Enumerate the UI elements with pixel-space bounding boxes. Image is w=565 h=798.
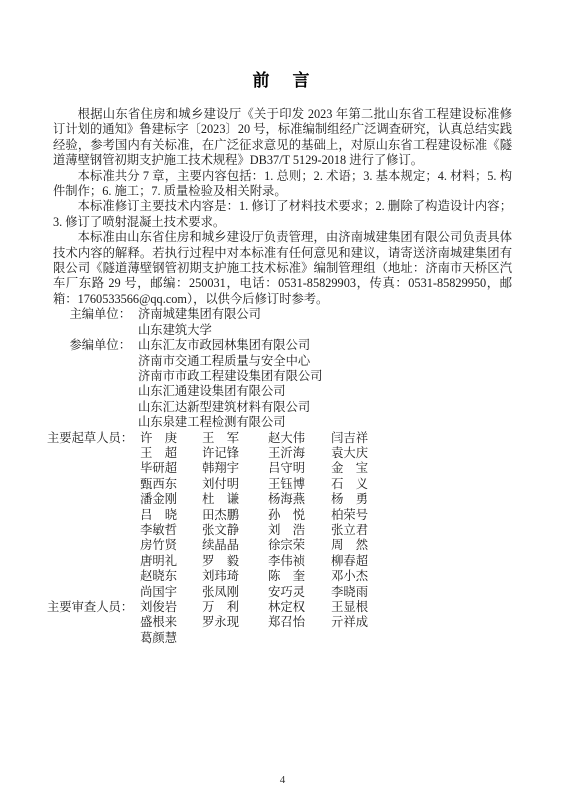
drafter-name: 毕研超 bbox=[140, 461, 202, 476]
drafter-name: 邓小杰 bbox=[331, 569, 512, 584]
drafters-row: 潘金刚 杜 谦 杨海燕 杨 勇 bbox=[140, 492, 512, 507]
drafter-name: 尚国宇 bbox=[140, 585, 202, 600]
reviewers-label: 主要审查人员： bbox=[47, 600, 133, 615]
drafters-row: 甄西东 刘付明 王钰博 石 义 bbox=[140, 477, 512, 492]
drafter-name: 杜 谦 bbox=[202, 492, 268, 507]
paragraph-revisions: 本标准修订主要技术内容是：1. 修订了材料技术要求；2. 删除了构造设计内容；3… bbox=[53, 199, 512, 230]
drafters-row: 尚国宇 张凤刚 安巧灵 李晓雨 bbox=[140, 585, 512, 600]
paragraph-chapters: 本标准共分 7 章，主要内容包括：1. 总则；2. 术语；3. 基本规定；4. … bbox=[53, 169, 512, 200]
drafters-row: 李敏哲 张文静 刘 浩 张立君 bbox=[140, 523, 512, 538]
document-body: 根据山东省住房和城乡建设厅《关于印发 2023 年第二批山东省工程建设标准修订计… bbox=[53, 107, 512, 646]
page-number: 4 bbox=[0, 774, 565, 786]
drafters-row: 吕 晓 田杰鹏 孙 悦 柏荣号 bbox=[140, 508, 512, 523]
participating-unit: 济南市市政工程建设集团有限公司 bbox=[138, 369, 512, 384]
drafter-name: 田杰鹏 bbox=[202, 508, 268, 523]
page-title: 前 言 bbox=[53, 70, 512, 92]
drafter-name: 刘玮琦 bbox=[202, 569, 268, 584]
reviewer-name: 亓祥成 bbox=[331, 615, 512, 630]
reviewer-name: 罗永现 bbox=[202, 615, 268, 630]
drafter-name: 王钰博 bbox=[268, 477, 331, 492]
chief-units-list: 济南城建集团有限公司 山东建筑大学 bbox=[131, 307, 512, 338]
paragraph-management: 本标准由山东省住房和城乡建设厅负责管理，由济南城建集团有限公司负责具体技术内容的… bbox=[53, 230, 512, 307]
drafter-name: 罗 毅 bbox=[202, 554, 268, 569]
participating-unit: 山东汇友市政园林集团有限公司 bbox=[138, 338, 512, 353]
reviewers-section: 主要审查人员： 刘俊岩 万 利 林定权 王显根 盛根来 罗永现 郑召怡 亓祥成 bbox=[47, 600, 512, 646]
drafter-name: 张凤刚 bbox=[202, 585, 268, 600]
drafters-row: 赵晓东 刘玮琦 陈 奎 邓小杰 bbox=[140, 569, 512, 584]
drafter-name: 甄西东 bbox=[140, 477, 202, 492]
drafter-name: 袁大庆 bbox=[331, 446, 512, 461]
drafter-name: 许 庚 bbox=[140, 431, 202, 446]
drafter-name: 王沂海 bbox=[268, 446, 331, 461]
reviewer-name: 葛颜慧 bbox=[140, 631, 202, 646]
drafter-name: 续晶晶 bbox=[202, 538, 268, 553]
reviewers-row: 葛颜慧 bbox=[140, 631, 512, 646]
drafter-name: 潘金刚 bbox=[140, 492, 202, 507]
reviewer-name: 林定权 bbox=[268, 600, 331, 615]
reviewers-row: 刘俊岩 万 利 林定权 王显根 bbox=[140, 600, 512, 615]
drafter-name: 柳春超 bbox=[331, 554, 512, 569]
reviewer-name: 万 利 bbox=[202, 600, 268, 615]
drafter-name: 闫吉祥 bbox=[331, 431, 512, 446]
drafters-name-grid: 许 庚 王 军 赵大伟 闫吉祥 王 超 许记锋 王沂海 袁大庆 毕研超 韩翔宇 bbox=[133, 431, 512, 600]
drafter-name: 赵大伟 bbox=[268, 431, 331, 446]
chief-units-label: 主编单位： bbox=[47, 307, 131, 322]
drafters-label: 主要起草人员： bbox=[47, 431, 133, 446]
reviewers-row: 盛根来 罗永现 郑召怡 亓祥成 bbox=[140, 615, 512, 630]
drafter-name: 王 超 bbox=[140, 446, 202, 461]
drafter-name: 刘付明 bbox=[202, 477, 268, 492]
chief-unit: 济南城建集团有限公司 bbox=[138, 307, 512, 322]
reviewer-name: 刘俊岩 bbox=[140, 600, 202, 615]
participating-unit: 山东汇达新型建筑材料有限公司 bbox=[138, 400, 512, 415]
reviewer-name: 王显根 bbox=[331, 600, 512, 615]
chief-unit: 山东建筑大学 bbox=[138, 323, 512, 338]
drafter-name: 房竹贤 bbox=[140, 538, 202, 553]
drafter-name: 李敏哲 bbox=[140, 523, 202, 538]
drafters-row: 房竹贤 续晶晶 徐宗荣 周 然 bbox=[140, 538, 512, 553]
reviewers-name-grid: 刘俊岩 万 利 林定权 王显根 盛根来 罗永现 郑召怡 亓祥成 葛颜慧 bbox=[133, 600, 512, 646]
drafter-name: 韩翔宇 bbox=[202, 461, 268, 476]
participating-units-section: 参编单位： 山东汇友市政园林集团有限公司 济南市交通工程质量与安全中心 济南市市… bbox=[47, 338, 512, 430]
participating-unit: 山东泉建工程检测有限公司 bbox=[138, 415, 512, 430]
drafter-name: 刘 浩 bbox=[268, 523, 331, 538]
drafters-row: 许 庚 王 军 赵大伟 闫吉祥 bbox=[140, 431, 512, 446]
drafters-row: 王 超 许记锋 王沂海 袁大庆 bbox=[140, 446, 512, 461]
drafter-name: 柏荣号 bbox=[331, 508, 512, 523]
drafter-name: 徐宗荣 bbox=[268, 538, 331, 553]
drafter-name: 陈 奎 bbox=[268, 569, 331, 584]
page-content: 前 言 根据山东省住房和城乡建设厅《关于印发 2023 年第二批山东省工程建设标… bbox=[53, 70, 512, 646]
drafter-name: 杨海燕 bbox=[268, 492, 331, 507]
participating-unit: 山东汇通建设集团有限公司 bbox=[138, 384, 512, 399]
document-page: 前 言 根据山东省住房和城乡建设厅《关于印发 2023 年第二批山东省工程建设标… bbox=[0, 0, 565, 798]
drafter-name: 唐明礼 bbox=[140, 554, 202, 569]
drafter-name: 吕 晓 bbox=[140, 508, 202, 523]
drafters-section: 主要起草人员： 许 庚 王 军 赵大伟 闫吉祥 王 超 许记锋 王沂海 袁大庆 bbox=[47, 431, 512, 600]
participating-unit: 济南市交通工程质量与安全中心 bbox=[138, 354, 512, 369]
drafter-name: 孙 悦 bbox=[268, 508, 331, 523]
drafter-name: 安巧灵 bbox=[268, 585, 331, 600]
reviewer-name: 盛根来 bbox=[140, 615, 202, 630]
chief-units-section: 主编单位： 济南城建集团有限公司 山东建筑大学 bbox=[47, 307, 512, 338]
drafter-name: 李伟祯 bbox=[268, 554, 331, 569]
paragraph-basis: 根据山东省住房和城乡建设厅《关于印发 2023 年第二批山东省工程建设标准修订计… bbox=[53, 107, 512, 169]
drafter-name: 赵晓东 bbox=[140, 569, 202, 584]
drafter-name: 王 军 bbox=[202, 431, 268, 446]
drafter-name: 张立君 bbox=[331, 523, 512, 538]
drafter-name: 李晓雨 bbox=[331, 585, 512, 600]
drafter-name: 金 宝 bbox=[331, 461, 512, 476]
participating-units-list: 山东汇友市政园林集团有限公司 济南市交通工程质量与安全中心 济南市市政工程建设集… bbox=[131, 338, 512, 430]
drafter-name: 石 义 bbox=[331, 477, 512, 492]
drafter-name: 许记锋 bbox=[202, 446, 268, 461]
drafters-row: 唐明礼 罗 毅 李伟祯 柳春超 bbox=[140, 554, 512, 569]
reviewer-name: 郑召怡 bbox=[268, 615, 331, 630]
participating-units-label: 参编单位： bbox=[47, 338, 131, 353]
drafters-row: 毕研超 韩翔宇 吕守明 金 宝 bbox=[140, 461, 512, 476]
drafter-name: 张文静 bbox=[202, 523, 268, 538]
drafter-name: 杨 勇 bbox=[331, 492, 512, 507]
drafter-name: 周 然 bbox=[331, 538, 512, 553]
drafter-name: 吕守明 bbox=[268, 461, 331, 476]
